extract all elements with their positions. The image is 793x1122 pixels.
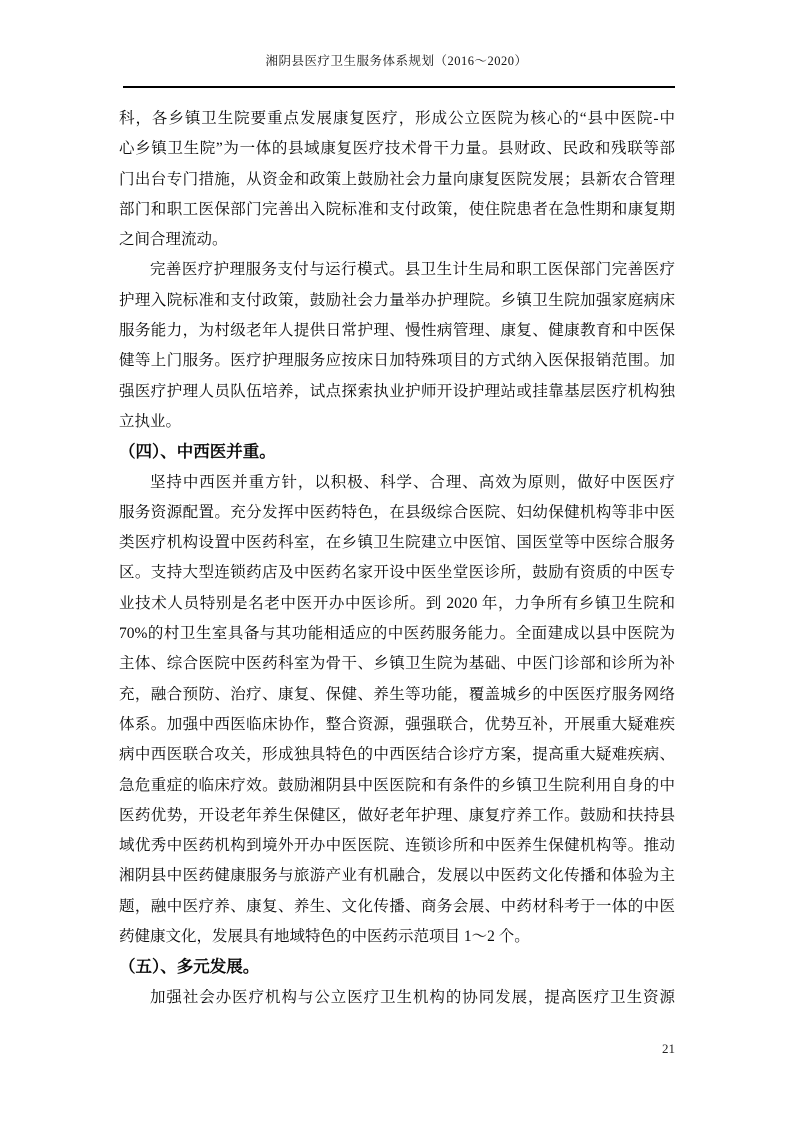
section-heading: （五）、多元发展。 — [119, 952, 675, 982]
body-line: 部门和职工医保部门完善出入院标准和支付政策，使住院患者在急性期和康复期 — [119, 195, 675, 225]
body-line: 健等上门服务。医疗护理服务应按床日加特殊项目的方式纳入医保报销范围。加 — [119, 346, 675, 376]
body-line: 医药优势，开设老年养生保健区，做好老年护理、康复疗养工作。鼓励和扶持县 — [119, 801, 675, 831]
body-line: 服务能力，为村级老年人提供日常护理、慢性病管理、康复、健康教育和中医保 — [119, 316, 675, 346]
body-line: 70%的村卫生室具备与其功能相适应的中医药服务能力。全面建成以县中医院为 — [119, 619, 675, 649]
document-body: 科，各乡镇卫生院要重点发展康复医疗，形成公立医院为核心的“县中医院-中 心乡镇卫… — [119, 104, 675, 1013]
body-line: 业技术人员特别是名老中医开办中医诊所。到 2020 年，力争所有乡镇卫生院和 — [119, 589, 675, 619]
body-line: 主体、综合医院中医药科室为骨干、乡镇卫生院为基础、中医门诊部和诊所为补 — [119, 649, 675, 679]
page-number-label: 21 — [575, 1041, 675, 1057]
body-line: 类医疗机构设置中医药科室，在乡镇卫生院建立中医馆、国医堂等中医综合服务 — [119, 528, 675, 558]
body-line: 立执业。 — [119, 407, 675, 437]
body-line: 坚持中西医并重方针，以积极、科学、合理、高效为原则，做好中医医疗 — [119, 468, 675, 498]
header-title: 湘阴县医疗卫生服务体系规划（2016～2020） — [0, 51, 793, 69]
body-line: 病中西医联合攻关，形成独具特色的中西医结合诊疗方案，提高重大疑难疾病、 — [119, 740, 675, 770]
body-line: 加强社会办医疗机构与公立医疗卫生机构的协同发展，提高医疗卫生资源 — [119, 983, 675, 1013]
body-line: 之间合理流动。 — [119, 225, 675, 255]
body-line: 药健康文化，发展具有地域特色的中医药示范项目 1～2 个。 — [119, 922, 675, 952]
body-line: 题，融中医疗养、康复、养生、文化传播、商务会展、中药材科考于一体的中医 — [119, 892, 675, 922]
body-line: 急危重症的临床疗效。鼓励湘阴县中医医院和有条件的乡镇卫生院利用自身的中 — [119, 771, 675, 801]
body-line: 门出台专门措施，从资金和政策上鼓励社会力量向康复医院发展；县新农合管理 — [119, 165, 675, 195]
body-line: 心乡镇卫生院”为一体的县域康复医疗技术骨干力量。县财政、民政和残联等部 — [119, 134, 675, 164]
body-line: 区。支持大型连锁药店及中医药名家开设中医坐堂医诊所，鼓励有资质的中医专 — [119, 558, 675, 588]
body-line: 强医疗护理人员队伍培养，试点探索执业护师开设护理站或挂靠基层医疗机构独 — [119, 377, 675, 407]
body-line: 科，各乡镇卫生院要重点发展康复医疗，形成公立医院为核心的“县中医院-中 — [119, 104, 675, 134]
document-page: 湘阴县医疗卫生服务体系规划（2016～2020） 科，各乡镇卫生院要重点发展康复… — [0, 0, 793, 1122]
body-line: 湘阴县中医药健康服务与旅游产业有机融合，发展以中医药文化传播和体验为主 — [119, 861, 675, 891]
body-line: 完善医疗护理服务支付与运行模式。县卫生计生局和职工医保部门完善医疗 — [119, 255, 675, 285]
body-line: 域优秀中医药机构到境外开办中医医院、连锁诊所和中医养生保健机构等。推动 — [119, 831, 675, 861]
body-line: 体系。加强中西医临床协作，整合资源，强强联合，优势互补，开展重大疑难疾 — [119, 710, 675, 740]
body-line: 服务资源配置。充分发挥中医药特色，在县级综合医院、妇幼保健机构等非中医 — [119, 498, 675, 528]
body-line: 护理入院标准和支付政策，鼓励社会力量举办护理院。乡镇卫生院加强家庭病床 — [119, 286, 675, 316]
section-heading: （四）、中西医并重。 — [119, 437, 675, 467]
body-line: 充，融合预防、治疗、康复、保健、养生等功能，覆盖城乡的中医医疗服务网络 — [119, 680, 675, 710]
header-rule — [123, 86, 675, 88]
